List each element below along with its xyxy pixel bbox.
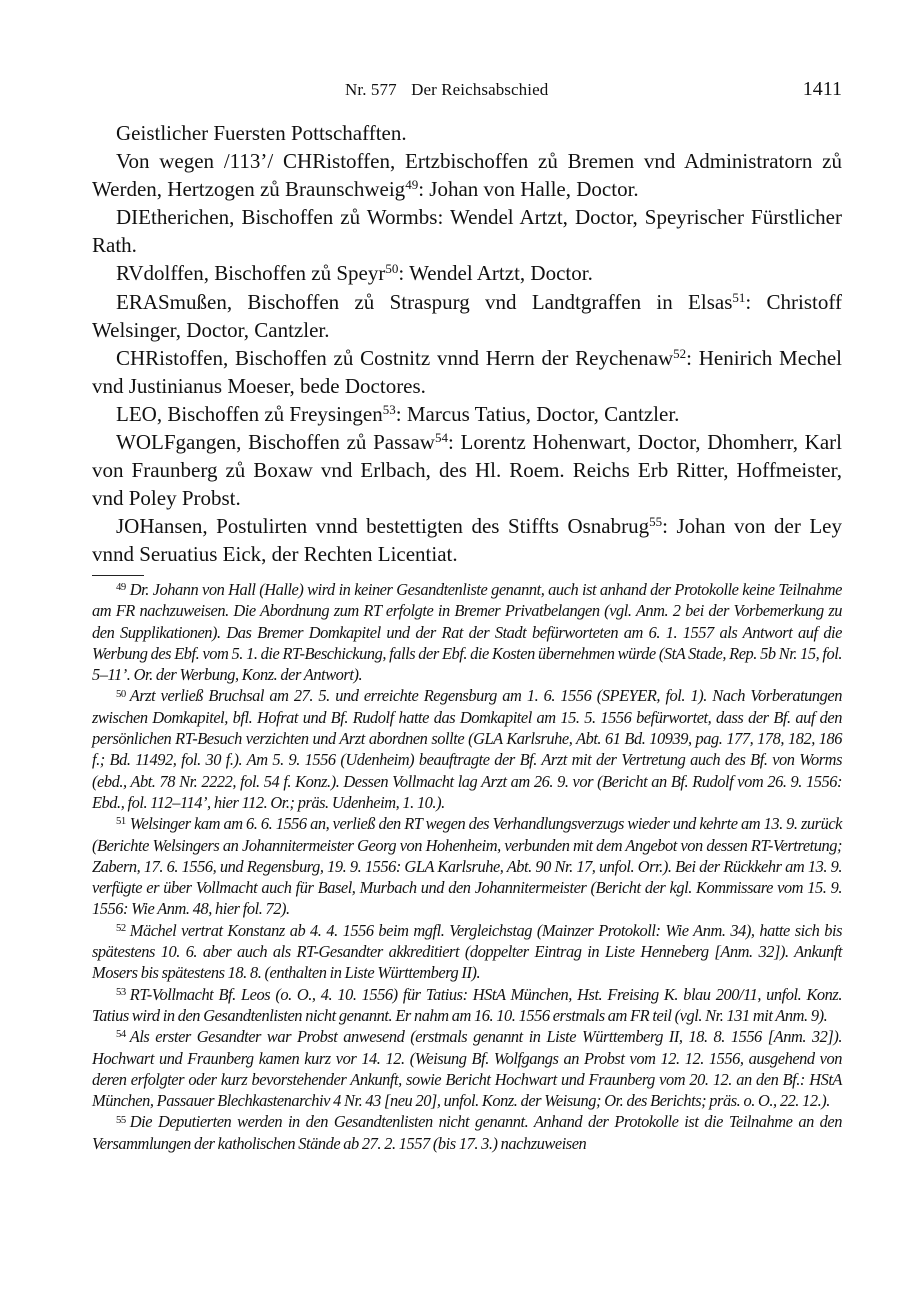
footnote-55: 55Die Deputierten werden in den Gesandte…: [92, 1111, 842, 1154]
footnote-ref[interactable]: 51: [732, 289, 745, 304]
footnote-number: 50: [116, 689, 126, 700]
footnote-number: 52: [116, 923, 126, 934]
paragraph-freising: LEO, Bischoffen zů Freysingen53: Marcus …: [92, 400, 842, 428]
paragraph-heading: Geistlicher Fuersten Pottschafften.: [92, 119, 842, 147]
footnote-ref[interactable]: 54: [435, 430, 448, 445]
footnote-49: 49Dr. Johann von Hall (Halle) wird in ke…: [92, 579, 842, 685]
footnote-ref[interactable]: 53: [383, 402, 396, 417]
footnote-ref[interactable]: 50: [385, 261, 398, 276]
running-head-title: Nr. 577 Der Reichsabschied: [345, 80, 548, 100]
footnote-ref[interactable]: 52: [673, 346, 686, 361]
footnotes: 49Dr. Johann von Hall (Halle) wird in ke…: [92, 579, 842, 1154]
footnote-ref[interactable]: 49: [405, 177, 418, 192]
paragraph-passau: WOLFgangen, Bischoffen zů Passaw54: Lore…: [92, 428, 842, 512]
footnote-number: 54: [116, 1029, 126, 1040]
page-number: 1411: [803, 78, 842, 101]
footnote-number: 51: [116, 816, 126, 827]
footnote-50: 50Arzt verließ Bruchsal am 27. 5. und er…: [92, 685, 842, 813]
footnote-53: 53RT-Vollmacht Bf. Leos (o. O., 4. 10. 1…: [92, 984, 842, 1027]
paragraph-speyer: RVdolffen, Bischoffen zů Speyr50: Wendel…: [92, 259, 842, 287]
footnote-number: 49: [116, 582, 126, 593]
footnote-divider: [92, 575, 144, 576]
paragraph-strassburg: ERASmußen, Bischoffen zů Straspurg vnd L…: [92, 288, 842, 344]
paragraph-osnabrueck: JOHansen, Postulirten vnnd bestettigten …: [92, 512, 842, 568]
section-title: Der Reichsabschied: [411, 80, 548, 99]
running-head: Nr. 577 Der Reichsabschied 1411: [92, 80, 842, 104]
footnote-ref[interactable]: 55: [649, 514, 662, 529]
main-text: Geistlicher Fuersten Pottschafften. Von …: [92, 119, 842, 569]
document-number: Nr. 577: [345, 80, 397, 99]
footnote-51: 51Welsinger kam am 6. 6. 1556 an, verlie…: [92, 813, 842, 919]
paragraph-konstanz: CHRistoffen, Bischoffen zů Costnitz vnnd…: [92, 344, 842, 400]
paragraph-worms: DIEtherichen, Bischoffen zů Wormbs: Wend…: [92, 203, 842, 259]
footnote-number: 53: [116, 987, 126, 998]
footnote-54: 54Als erster Gesandter war Probst anwese…: [92, 1026, 842, 1111]
footnote-52: 52Mächel vertrat Konstanz ab 4. 4. 1556 …: [92, 920, 842, 984]
footnote-number: 55: [116, 1115, 126, 1126]
paragraph-bremen: Von wegen /113’/ CHRistoffen, Ertzbischo…: [92, 147, 842, 203]
